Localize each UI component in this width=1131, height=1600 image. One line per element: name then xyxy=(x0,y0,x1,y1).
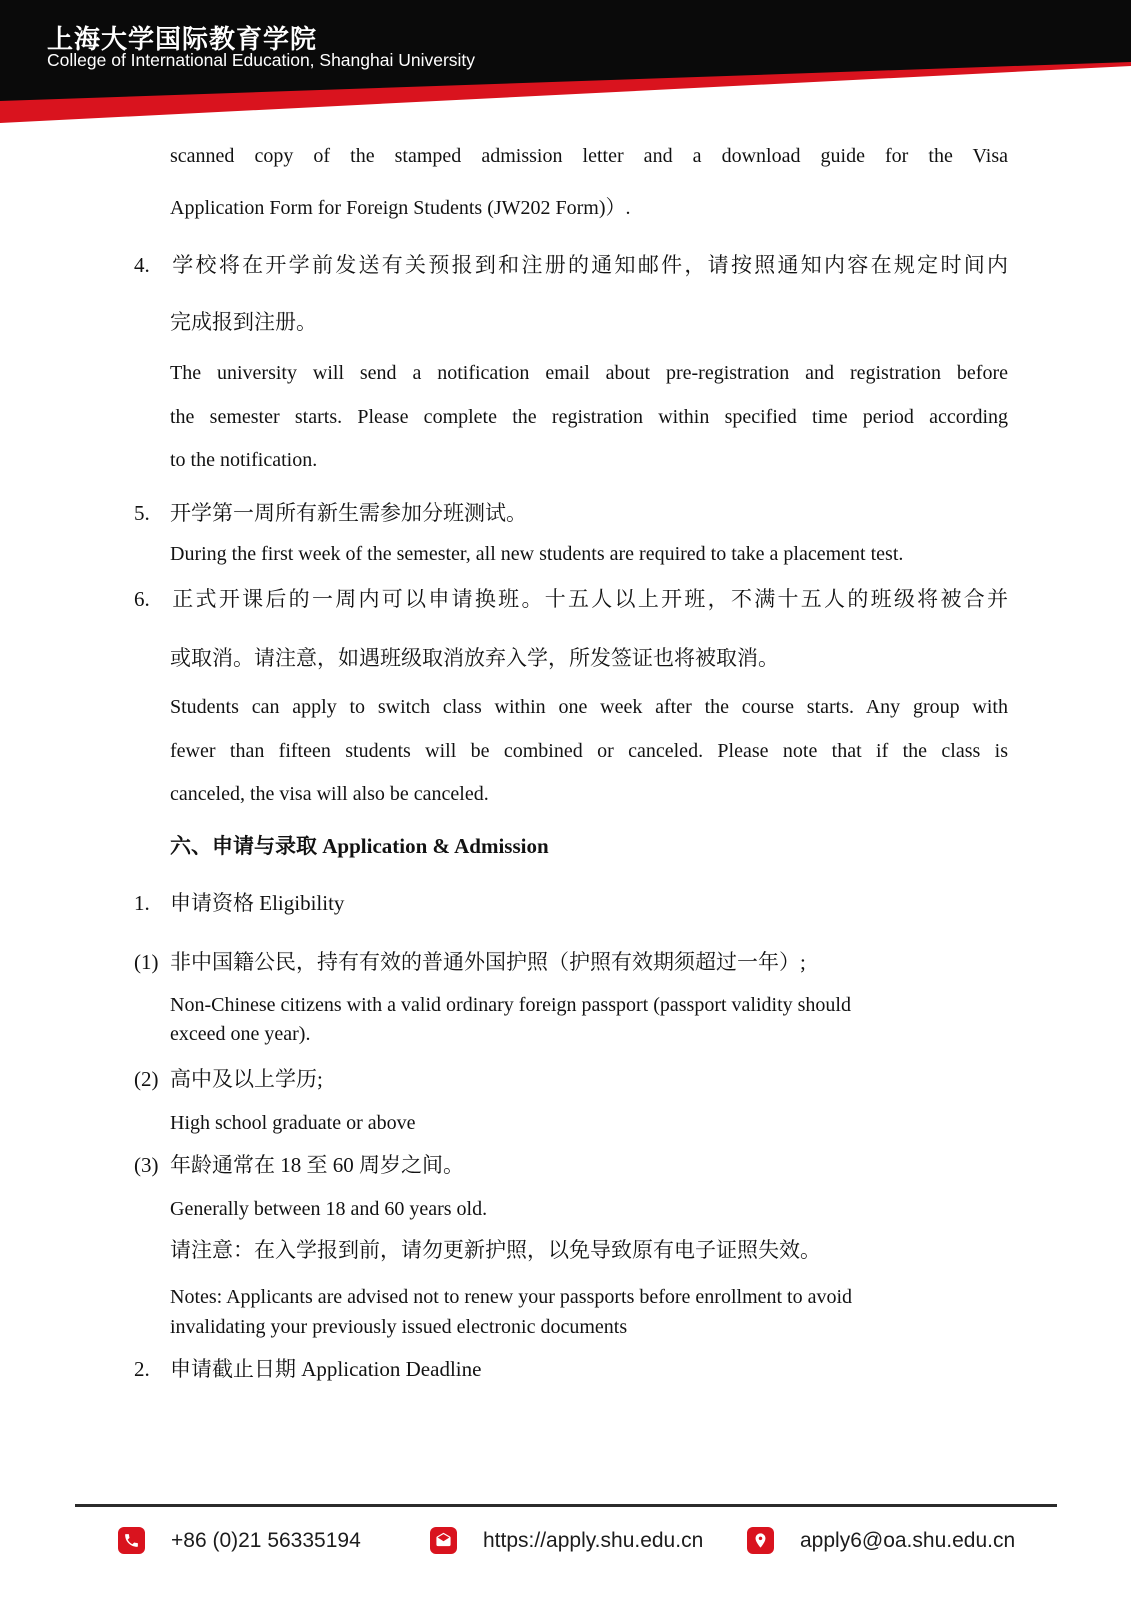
footer-phone: +86 (0)21 56335194 xyxy=(118,1527,361,1554)
list-item: (3)年龄通常在 18 至 60 周岁之间。 xyxy=(170,1143,1008,1187)
list-number: 4. xyxy=(134,237,170,294)
item-4-zh: 4.学校将在开学前发送有关预报到和注册的通知邮件，请按照通知内容在规定时间内 完… xyxy=(170,237,1008,351)
list-text: 完成报到注册。 xyxy=(170,294,1008,351)
text-line: Generally between 18 and 60 years old. xyxy=(170,1187,1008,1231)
text-line: High school graduate or above xyxy=(170,1101,1008,1145)
item-5-zh: 5.开学第一周所有新生需参加分班测试。 xyxy=(170,491,1008,535)
text-line: invalidating your previously issued elec… xyxy=(170,1312,1008,1342)
heading-text: 六、申请与录取 Application & Admission xyxy=(170,824,1008,868)
list-number: 6. xyxy=(134,570,170,629)
text-line: exceed one year). xyxy=(170,1020,1008,1050)
text-line: scanned copy of the stamped admission le… xyxy=(170,131,1008,183)
footer-website: https://apply.shu.edu.cn xyxy=(430,1527,703,1554)
sub-item-2-zh: (2)高中及以上学历; xyxy=(170,1057,1008,1101)
text-line: Students can apply to switch class withi… xyxy=(170,686,1008,730)
list-text: 非中国籍公民，持有有效的普通外国护照（护照有效期须超过一年）; xyxy=(170,950,806,974)
item-6-en: Students can apply to switch class withi… xyxy=(170,686,1008,817)
list-text: 学校将在开学前发送有关预报到和注册的通知邮件，请按照通知内容在规定时间内 xyxy=(170,253,1008,277)
phone-icon xyxy=(118,1527,145,1554)
note-zh: 请注意：在入学报到前，请勿更新护照，以免导致原有电子证照失效。 xyxy=(170,1228,1008,1272)
text-line: canceled, the visa will also be canceled… xyxy=(170,773,1008,817)
list-item: (1)非中国籍公民，持有有效的普通外国护照（护照有效期须超过一年）; xyxy=(170,940,1008,984)
section-heading: 六、申请与录取 Application & Admission xyxy=(170,824,1008,868)
document-body: scanned copy of the stamped admission le… xyxy=(170,131,1008,1391)
list-text: 开学第一周所有新生需参加分班测试。 xyxy=(170,501,527,525)
website-url: https://apply.shu.edu.cn xyxy=(483,1529,703,1553)
footer-email: apply6@oa.shu.edu.cn xyxy=(747,1527,1015,1554)
sub-item-1-en: Non-Chinese citizens with a valid ordina… xyxy=(170,991,1008,1050)
list-item: (2)高中及以上学历; xyxy=(170,1057,1008,1101)
list-item: 1.申请资格 Eligibility xyxy=(170,881,1008,925)
list-number: (2) xyxy=(134,1057,170,1101)
text-line: Application Form for Foreign Students (J… xyxy=(170,183,1008,235)
text-line: Notes: Applicants are advised not to ren… xyxy=(170,1282,1008,1312)
list-text: 申请资格 Eligibility xyxy=(170,891,344,915)
document-page: 上海大学国际教育学院 College of International Educ… xyxy=(0,0,1131,1600)
list-item: 2.申请截止日期 Application Deadline xyxy=(170,1347,1008,1391)
item-6-zh: 6.正式开课后的一周内可以申请换班。十五人以上开班，不满十五人的班级将被合并 或… xyxy=(170,570,1008,688)
list-item: 6.正式开课后的一周内可以申请换班。十五人以上开班，不满十五人的班级将被合并 xyxy=(170,570,1008,629)
sub-item-1-zh: (1)非中国籍公民，持有有效的普通外国护照（护照有效期须超过一年）; xyxy=(170,940,1008,984)
sub-item-3-zh: (3)年龄通常在 18 至 60 周岁之间。 xyxy=(170,1143,1008,1187)
item-4-en: The university will send a notification … xyxy=(170,352,1008,483)
text-line: The university will send a notification … xyxy=(170,352,1008,396)
text-line: the semester starts. Please complete the… xyxy=(170,396,1008,440)
list-text: 年龄通常在 18 至 60 周岁之间。 xyxy=(170,1153,464,1177)
list-number: (3) xyxy=(134,1143,170,1187)
list-number: 5. xyxy=(134,491,170,535)
text-line: Non-Chinese citizens with a valid ordina… xyxy=(170,991,1008,1021)
footer-divider xyxy=(75,1504,1057,1507)
sub-item-3-en: Generally between 18 and 60 years old. xyxy=(170,1187,1008,1231)
list-text: 申请截止日期 Application Deadline xyxy=(170,1357,481,1381)
list-text: 高中及以上学历; xyxy=(170,1067,323,1091)
paragraph-visa-form: scanned copy of the stamped admission le… xyxy=(170,131,1008,234)
list-number: 1. xyxy=(134,881,170,925)
item-1-eligibility: 1.申请资格 Eligibility xyxy=(170,881,1008,925)
email-address: apply6@oa.shu.edu.cn xyxy=(800,1529,1015,1553)
mail-open-icon xyxy=(430,1527,457,1554)
list-number: (1) xyxy=(134,940,170,984)
text-line: to the notification. xyxy=(170,439,1008,483)
location-pin-icon xyxy=(747,1527,774,1554)
list-text: 或取消。请注意，如遇班级取消放弃入学，所发签证也将被取消。 xyxy=(170,629,1008,688)
sub-item-2-en: High school graduate or above xyxy=(170,1101,1008,1145)
list-number: 2. xyxy=(134,1347,170,1391)
university-name-en: College of International Education, Shan… xyxy=(47,50,475,71)
list-item: 5.开学第一周所有新生需参加分班测试。 xyxy=(170,491,1008,535)
text-line: fewer than fifteen students will be comb… xyxy=(170,730,1008,774)
item-2-deadline: 2.申请截止日期 Application Deadline xyxy=(170,1347,1008,1391)
list-text: 正式开课后的一周内可以申请换班。十五人以上开班，不满十五人的班级将被合并 xyxy=(170,587,1008,611)
list-item: 4.学校将在开学前发送有关预报到和注册的通知邮件，请按照通知内容在规定时间内 xyxy=(170,237,1008,294)
note-en: Notes: Applicants are advised not to ren… xyxy=(170,1282,1008,1342)
text-line: 请注意：在入学报到前，请勿更新护照，以免导致原有电子证照失效。 xyxy=(170,1228,1008,1272)
phone-number: +86 (0)21 56335194 xyxy=(171,1529,361,1553)
